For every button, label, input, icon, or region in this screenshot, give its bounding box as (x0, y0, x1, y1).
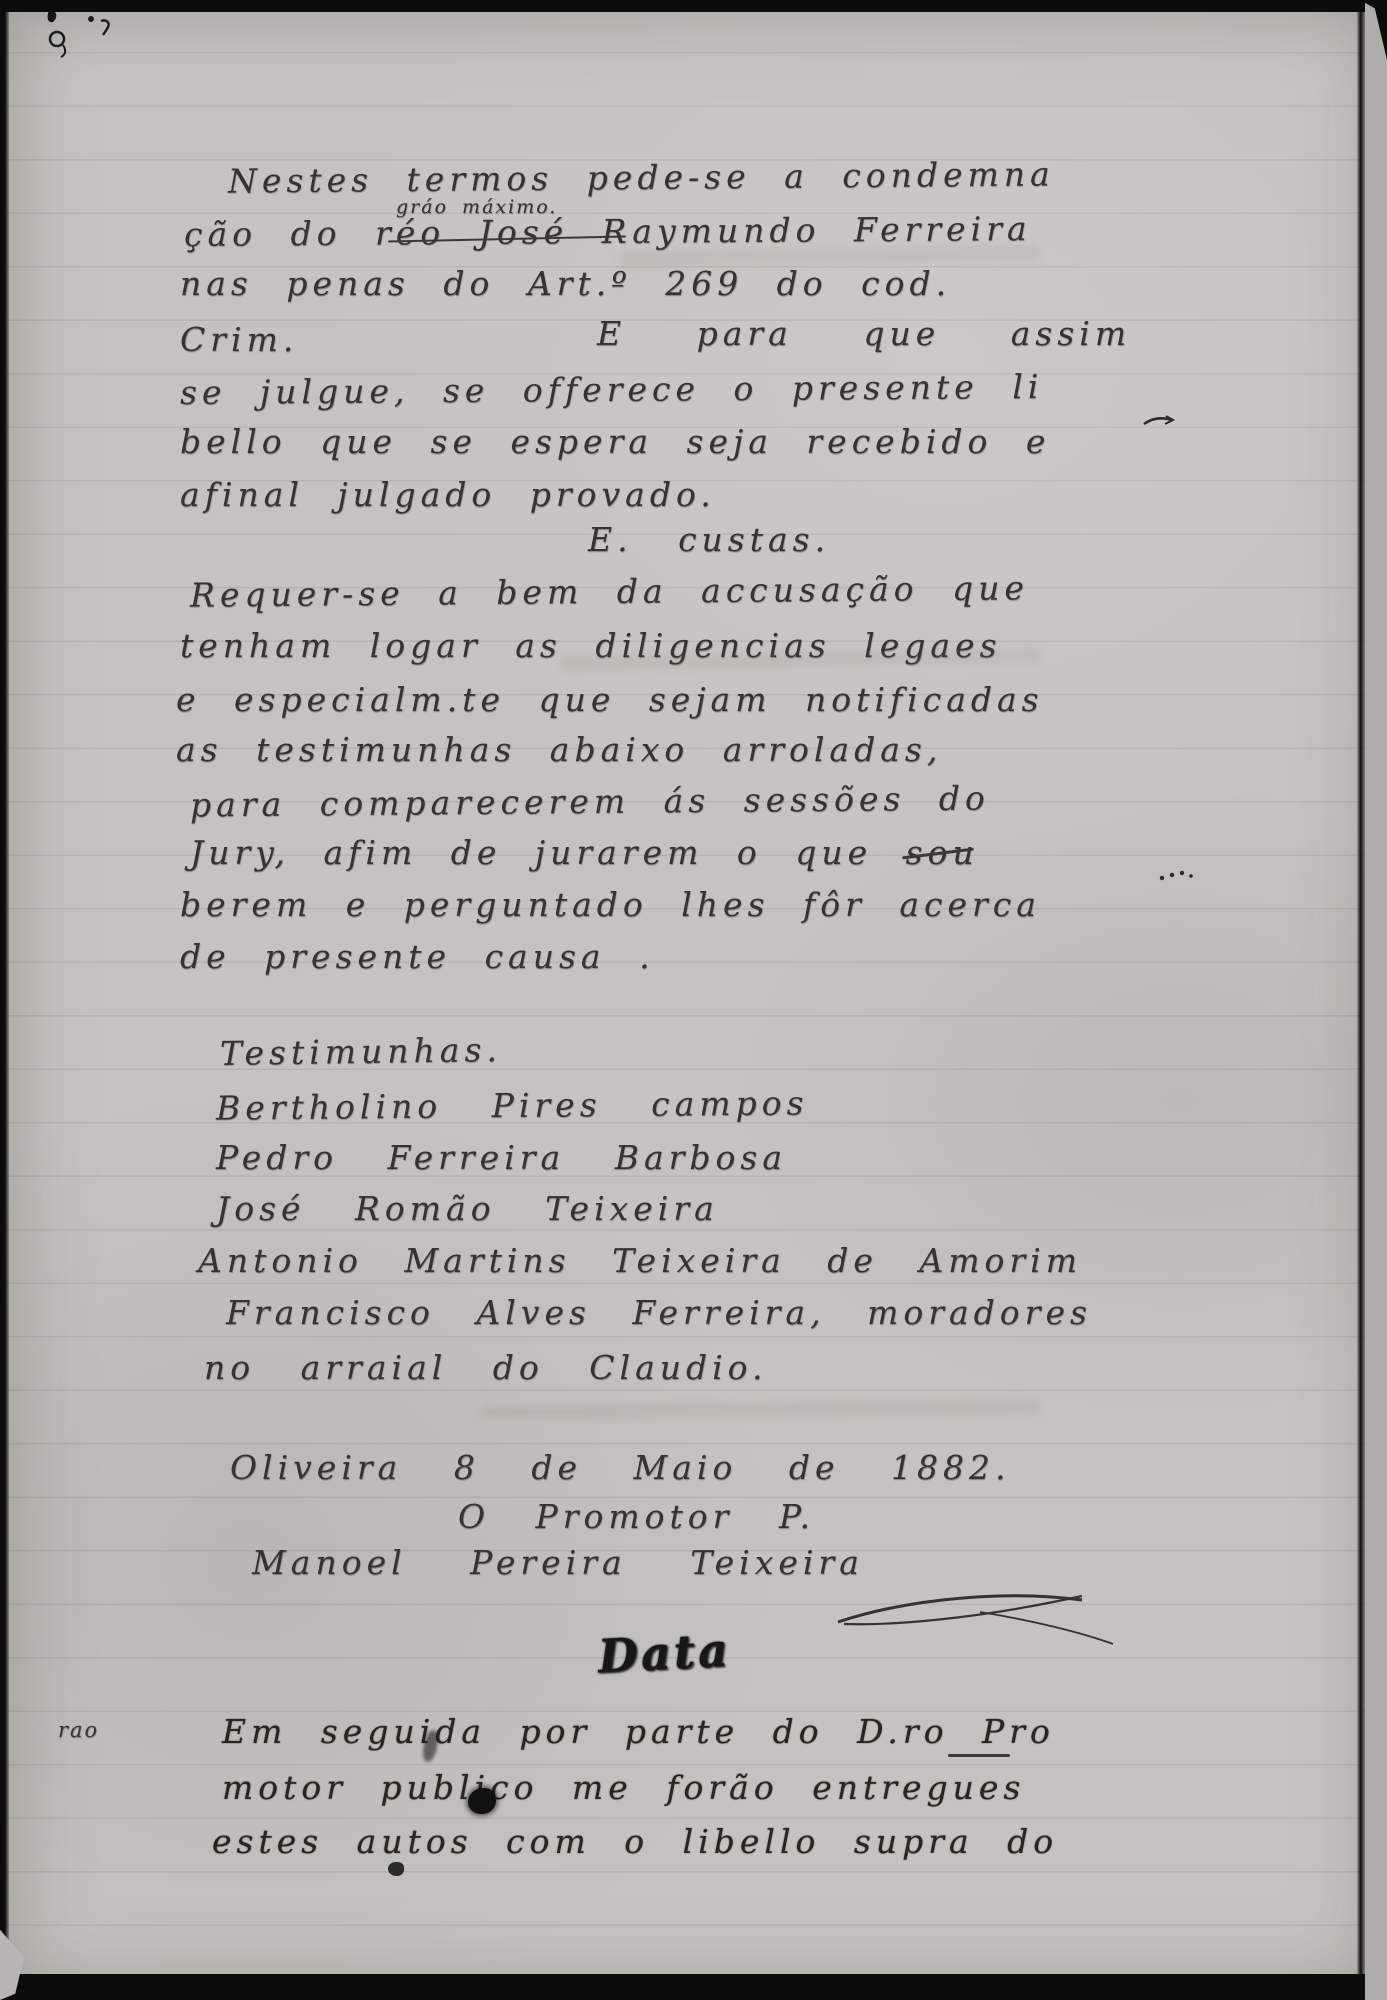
scan-edge-left (0, 0, 9, 2000)
request-line-3: e especialm.te que sejam notificadas (176, 680, 1044, 719)
petition-line-4b: E para que assim (597, 314, 1131, 353)
request-line-4: as testimunhas abaixo arroladas, (176, 730, 942, 769)
inkmark-right-dots (1158, 866, 1198, 886)
interline-insert: gráo máximo. (396, 196, 557, 218)
witness-name: Pedro Ferreira Barbosa (216, 1138, 787, 1177)
witness-name: Antonio Martins Teixeira de Amorim (198, 1241, 1082, 1280)
ink-blot-small (388, 1862, 404, 1876)
section-heading-data: Data (597, 1623, 732, 1684)
signature-name: Manoel Pereira Teixeira (252, 1543, 864, 1582)
data-line-1: Em seguida por parte do D.ro Pro (222, 1712, 1055, 1751)
data-line-3: estes autos com o libello supra do (212, 1822, 1058, 1861)
request-line-7: berem e perguntado lhes fôr acerca (180, 885, 1041, 924)
page-binding-seam (1357, 8, 1365, 2000)
petition-line-4a: Crim. (180, 320, 298, 359)
bleedthrough-streak (480, 1399, 1040, 1420)
scan-edge-top (0, 0, 1387, 12)
promoter-role-line: O Promotor P. (458, 1497, 815, 1536)
request-line-8: de presente causa . (180, 937, 655, 976)
request-line-1: Requer-se a bem da accusação que (190, 568, 1029, 614)
request-line-5: para comparecerem ás sessões do (190, 779, 990, 825)
petition-costs-line: E. custas. (588, 520, 830, 559)
signature-flourish (830, 1588, 1120, 1650)
manuscript-page: Nestes termos pede-se a condemna ção do … (0, 0, 1387, 2000)
petition-line-3: nas penas do Art.º 269 do cod. (180, 264, 951, 303)
underline-pro (948, 1754, 1010, 1757)
witness-name: Francisco Alves Ferreira, moradores (226, 1293, 1092, 1332)
petition-line-5: se julgue, se offerece o presente li (180, 367, 1044, 412)
scan-edge-bottom (0, 1974, 1387, 2000)
witness-name: José Romão Teixeira (216, 1189, 719, 1228)
ink-blot-large (468, 1788, 496, 1814)
petition-line-7: afinal julgado provado. (180, 475, 716, 514)
inkmark-top-left (35, 5, 130, 60)
data-line-2: motor publico me forão entregues (222, 1768, 1025, 1807)
date-line: Oliveira 8 de Maio de 1882. (230, 1448, 1010, 1487)
witness-name: Bertholino Pires campos (216, 1083, 809, 1127)
petition-line-1: Nestes termos pede-se a condemna (228, 154, 1055, 200)
inkmark-right-arrow (1142, 412, 1176, 430)
witness-residence: no arraial do Claudio. (204, 1348, 767, 1387)
margin-note: rao (58, 1718, 99, 1742)
petition-line-6: bello que se espera seja recebido e (180, 422, 1050, 461)
witnesses-heading: Testimunhas. (220, 1030, 502, 1073)
request-line-6: Jury, afim de jurarem o que sou (190, 833, 979, 872)
adjacent-page-sliver (1365, 0, 1387, 2000)
